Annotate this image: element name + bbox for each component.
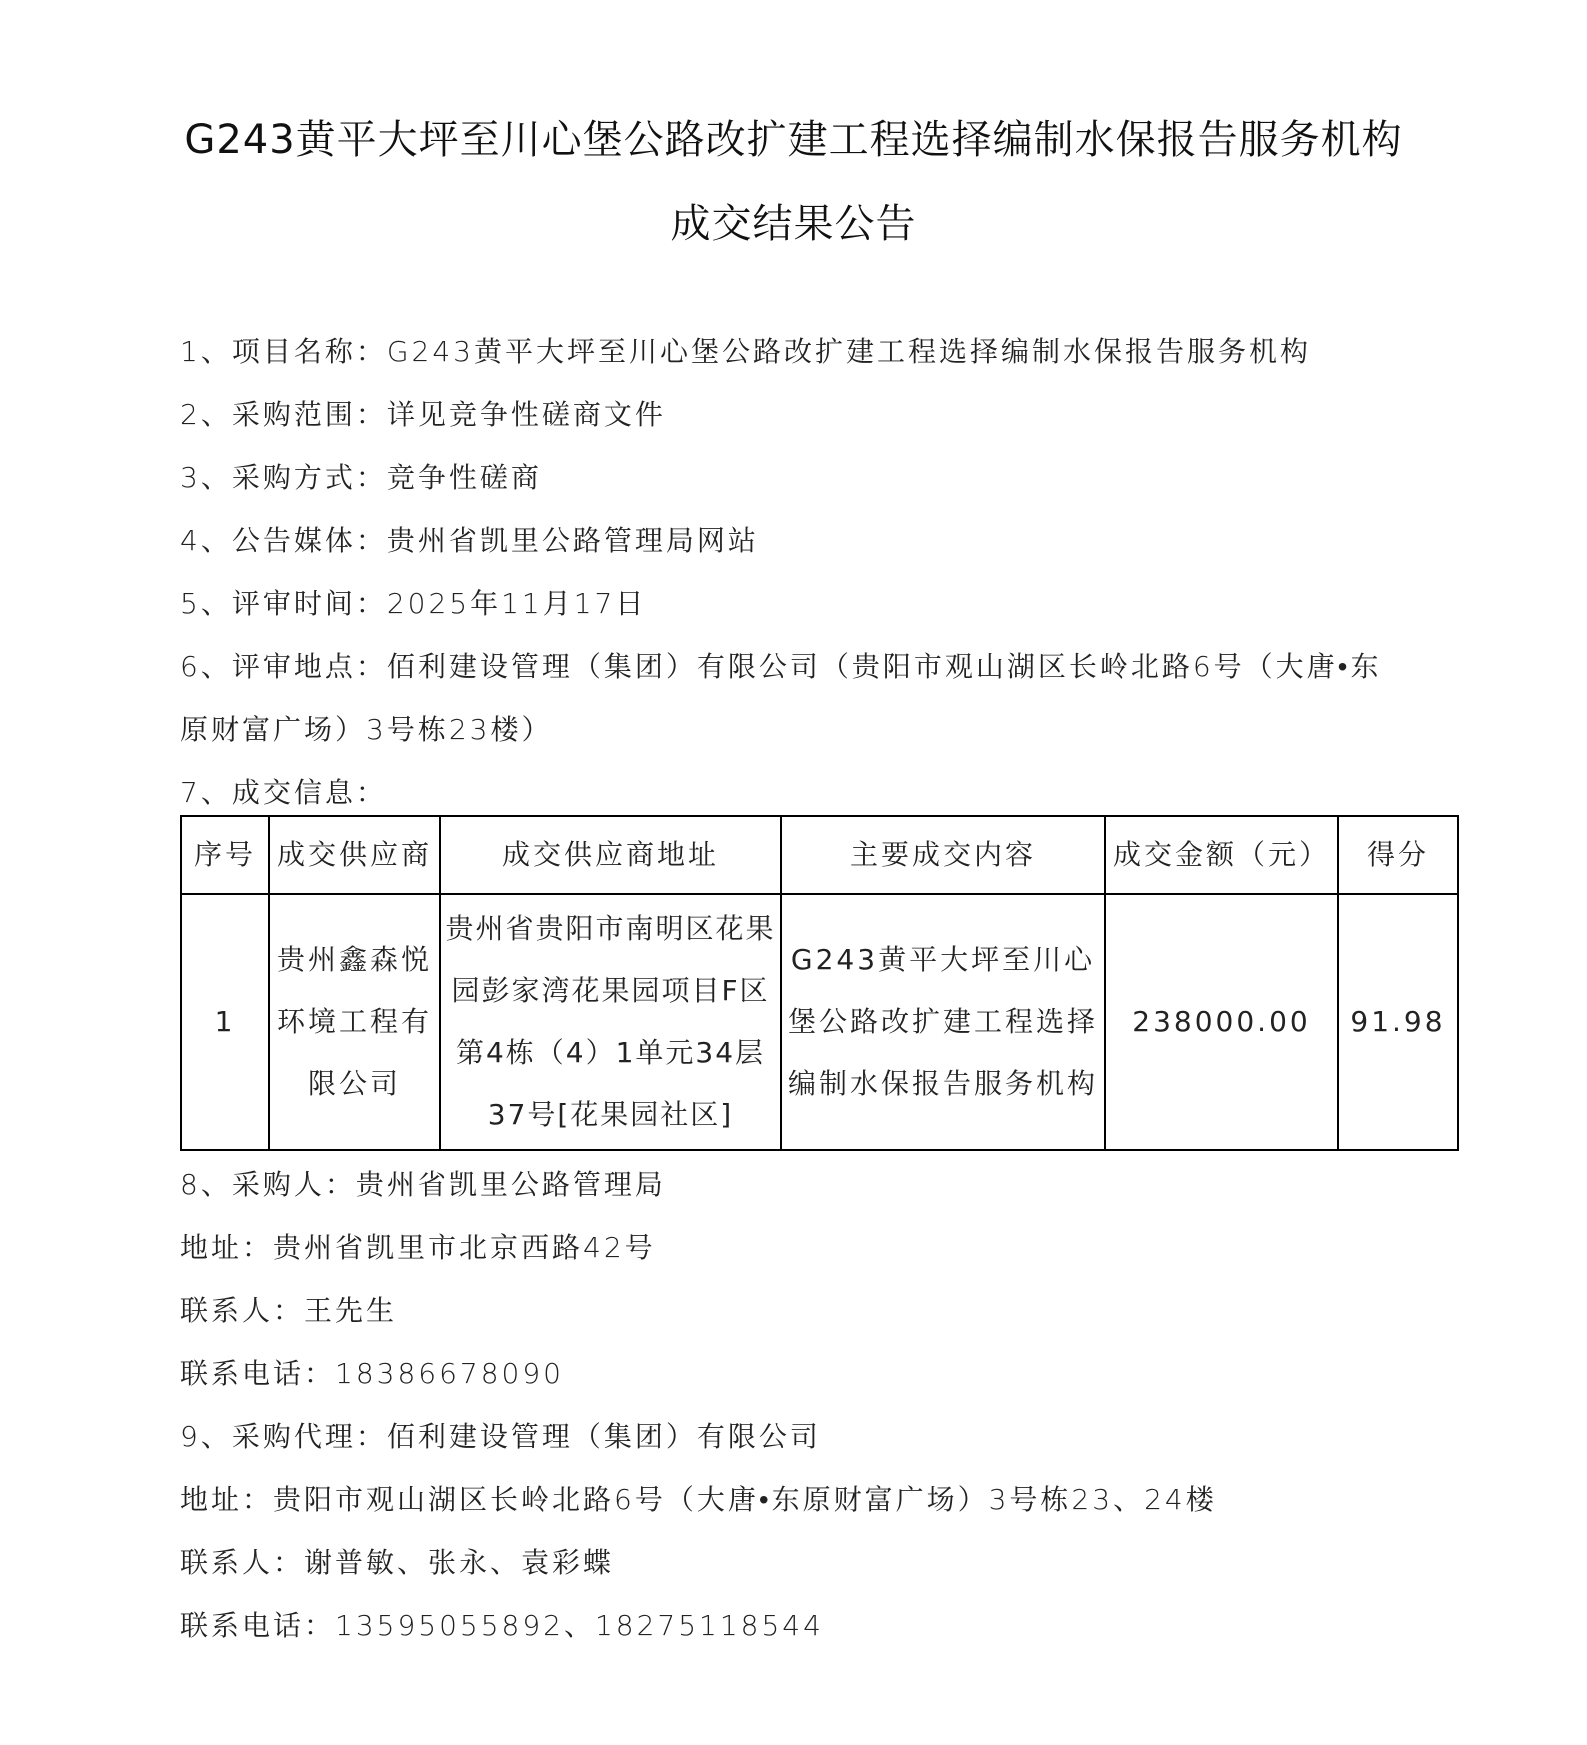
item-value: 详见竞争性磋商文件 (387, 398, 666, 431)
cell-index: 1 (181, 894, 269, 1150)
table-header-row: 序号 成交供应商 成交供应商地址 主要成交内容 成交金额（元） 得分 (181, 816, 1458, 894)
item-value: 竞争性磋商 (387, 461, 542, 494)
cell-amount: 238000.00 (1105, 894, 1338, 1150)
item-review-time: 5、评审时间：2025年11月17日 (180, 582, 646, 622)
item-label: 1、项目名称： (180, 335, 387, 368)
page-title-line-1: G243黄平大坪至川心堡公路改扩建工程选择编制水保报告服务机构 (0, 108, 1587, 165)
item-label: 2、采购范围： (180, 398, 387, 431)
purchaser-phone: 联系电话：18386678090 (180, 1352, 564, 1392)
item-procurement-method: 3、采购方式：竞争性磋商 (180, 456, 542, 496)
item-review-location: 6、评审地点：佰利建设管理（集团）有限公司（贵阳市观山湖区长岭北路6号（大唐•东 (180, 645, 1381, 685)
cell-score: 91.98 (1338, 894, 1458, 1150)
item-procurement-scope: 2、采购范围：详见竞争性磋商文件 (180, 393, 666, 433)
header-index: 序号 (181, 816, 269, 894)
item-label: 4、公告媒体： (180, 524, 387, 557)
item-value: 佰利建设管理（集团）有限公司（贵阳市观山湖区长岭北路6号（大唐•东 (387, 650, 1382, 683)
item-deal-info: 7、成交信息： (180, 771, 387, 811)
cell-content: G243黄平大坪至川心堡公路改扩建工程选择编制水保报告服务机构 (781, 894, 1105, 1150)
agent-heading: 9、采购代理：佰利建设管理（集团）有限公司 (180, 1415, 821, 1455)
item-announcement-media: 4、公告媒体：贵州省凯里公路管理局网站 (180, 519, 759, 559)
item-value: 贵州省凯里公路管理局网站 (387, 524, 759, 557)
header-score: 得分 (1338, 816, 1458, 894)
page-title-line-2: 成交结果公告 (0, 192, 1587, 249)
deal-table: 序号 成交供应商 成交供应商地址 主要成交内容 成交金额（元） 得分 1 贵州鑫… (180, 815, 1459, 1151)
header-content: 主要成交内容 (781, 816, 1105, 894)
item-project-name: 1、项目名称：G243黄平大坪至川心堡公路改扩建工程选择编制水保报告服务机构 (180, 330, 1311, 370)
agent-address: 地址：贵阳市观山湖区长岭北路6号（大唐•东原财富广场）3号栋23、24楼 (180, 1478, 1217, 1518)
item-label: 5、评审时间： (180, 587, 387, 620)
item-review-location-cont: 原财富广场）3号栋23楼） (180, 708, 552, 748)
purchaser-address: 地址：贵州省凯里市北京西路42号 (180, 1226, 656, 1266)
cell-supplier: 贵州鑫森悦环境工程有限公司 (269, 894, 440, 1150)
purchaser-heading: 8、采购人：贵州省凯里公路管理局 (180, 1163, 666, 1203)
agent-phone: 联系电话：13595055892、18275118544 (180, 1604, 824, 1644)
item-label: 6、评审地点： (180, 650, 387, 683)
table-row: 1 贵州鑫森悦环境工程有限公司 贵州省贵阳市南明区花果园彭家湾花果园项目F区第4… (181, 894, 1458, 1150)
item-value: G243黄平大坪至川心堡公路改扩建工程选择编制水保报告服务机构 (387, 335, 1311, 368)
item-value: 2025年11月17日 (387, 587, 647, 620)
header-address: 成交供应商地址 (440, 816, 781, 894)
header-supplier: 成交供应商 (269, 816, 440, 894)
item-label: 7、成交信息： (180, 776, 387, 809)
header-amount: 成交金额（元） (1105, 816, 1338, 894)
agent-contact: 联系人：谢普敏、张永、袁彩蝶 (180, 1541, 614, 1581)
cell-address: 贵州省贵阳市南明区花果园彭家湾花果园项目F区第4栋（4）1单元34层37号[花果… (440, 894, 781, 1150)
item-label: 3、采购方式： (180, 461, 387, 494)
purchaser-contact: 联系人：王先生 (180, 1289, 397, 1329)
